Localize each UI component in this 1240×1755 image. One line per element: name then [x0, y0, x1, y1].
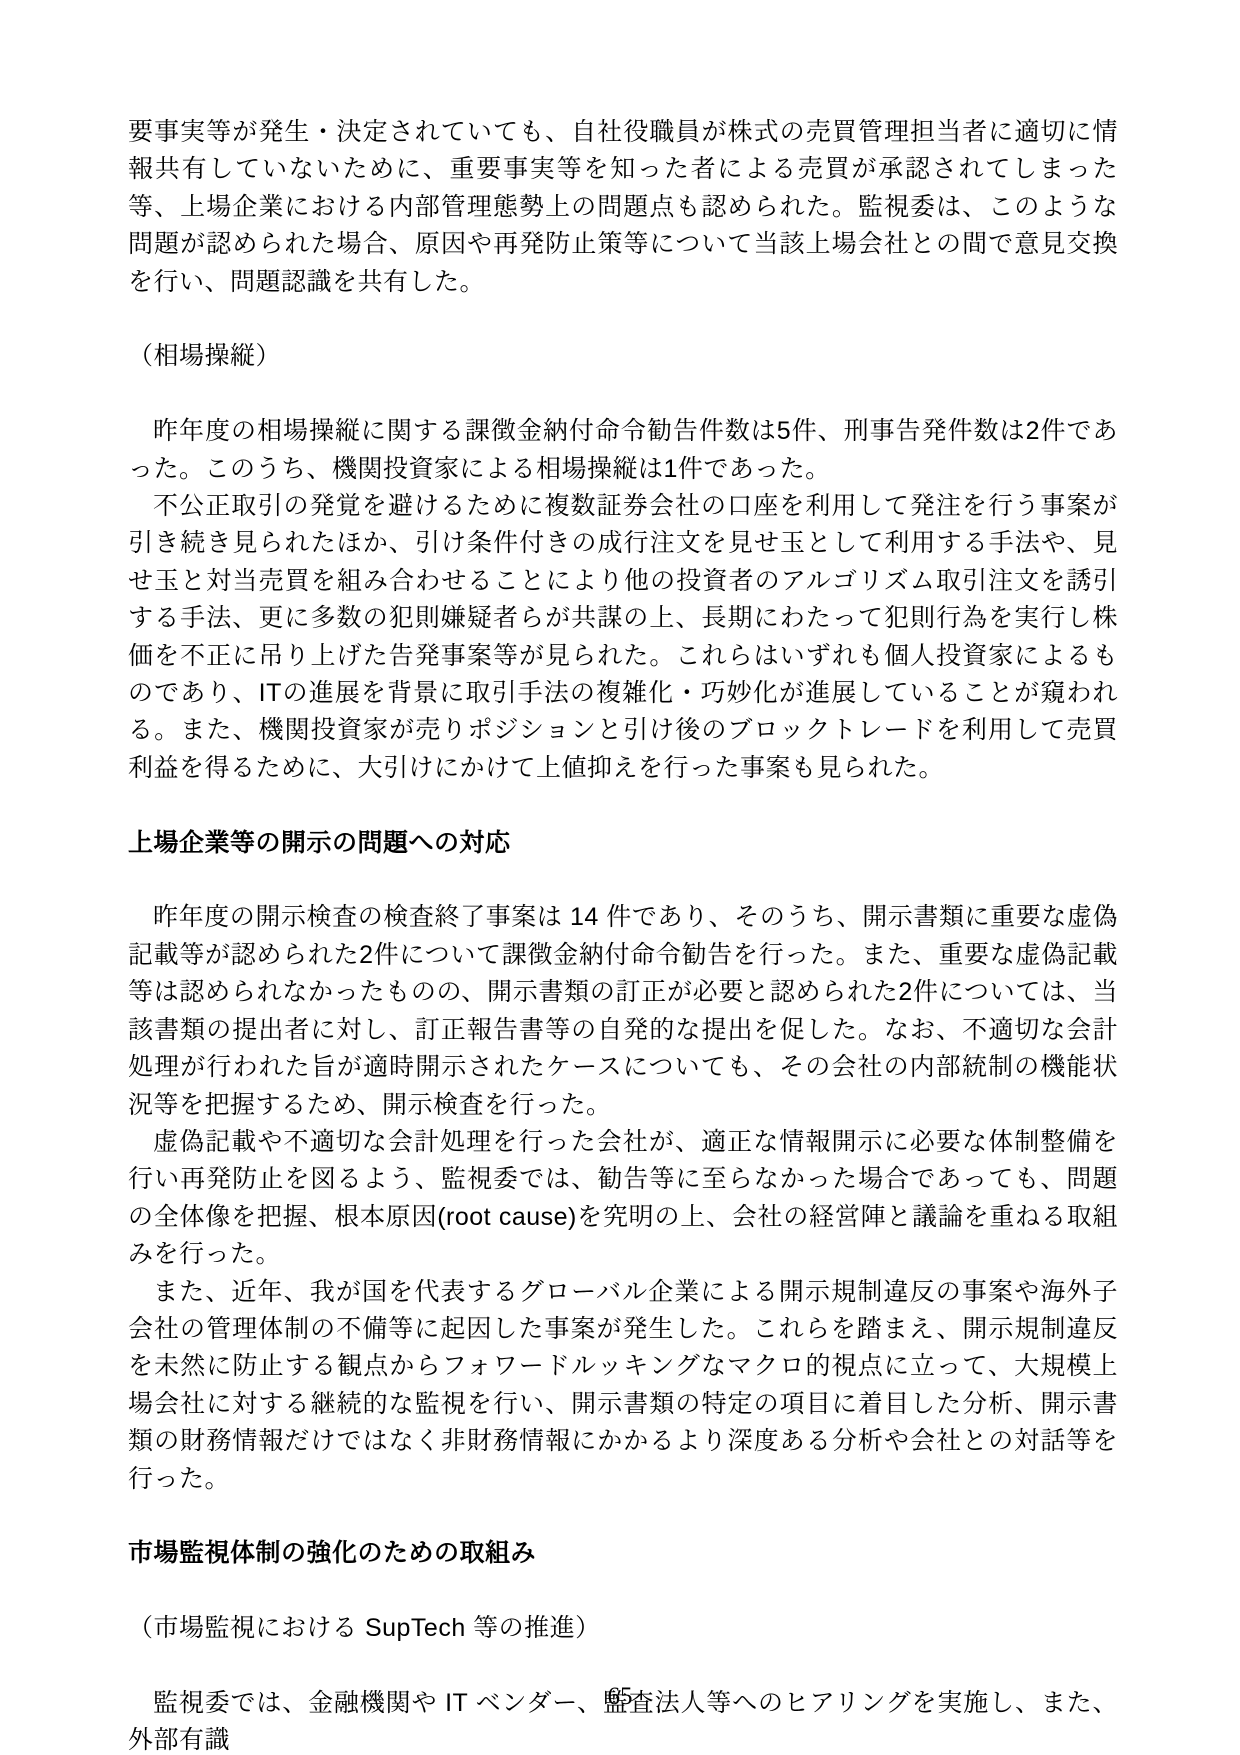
body-paragraph-global-companies: また、近年、我が国を代表するグローバル企業による開示規制違反の事案や海外子会社の… [128, 1274, 1118, 1498]
body-paragraph-disclosure-inspections: 昨年度の開示検査の検査終了事案は 14 件であり、そのうち、開示書類に重要な虚偽… [128, 899, 1118, 1123]
section-heading-disclosure-response: 上場企業等の開示の問題への対応 [128, 825, 1118, 862]
document-page: 要事実等が発生・決定されていても、自社役職員が株式の売買管理担当者に適切に情報共… [0, 0, 1240, 1755]
section-heading-surveillance-strengthening: 市場監視体制の強化のための取組み [128, 1535, 1118, 1572]
body-paragraph-root-cause: 虚偽記載や不適切な会計処理を行った会社が、適正な情報開示に必要な体制整備を行い再… [128, 1124, 1118, 1274]
page-number: 65 [0, 1682, 1240, 1712]
sub-heading-suptech: （市場監視における SupTech 等の推進） [128, 1610, 1118, 1647]
body-paragraph-insider-management: 要事実等が発生・決定されていても、自社役職員が株式の売買管理担当者に適切に情報共… [128, 114, 1118, 301]
body-paragraph-unfair-trading-methods: 不公正取引の発覚を避けるために複数証券会社の口座を利用して発注を行う事案が引き続… [128, 488, 1118, 787]
document-body: 要事実等が発生・決定されていても、自社役職員が株式の売買管理担当者に適切に情報共… [128, 114, 1118, 1755]
body-paragraph-manipulation-cases: 昨年度の相場操縦に関する課徴金納付命令勧告件数は5件、刑事告発件数は2件であった… [128, 413, 1118, 488]
sub-heading-market-manipulation: （相場操縦） [128, 338, 1118, 375]
